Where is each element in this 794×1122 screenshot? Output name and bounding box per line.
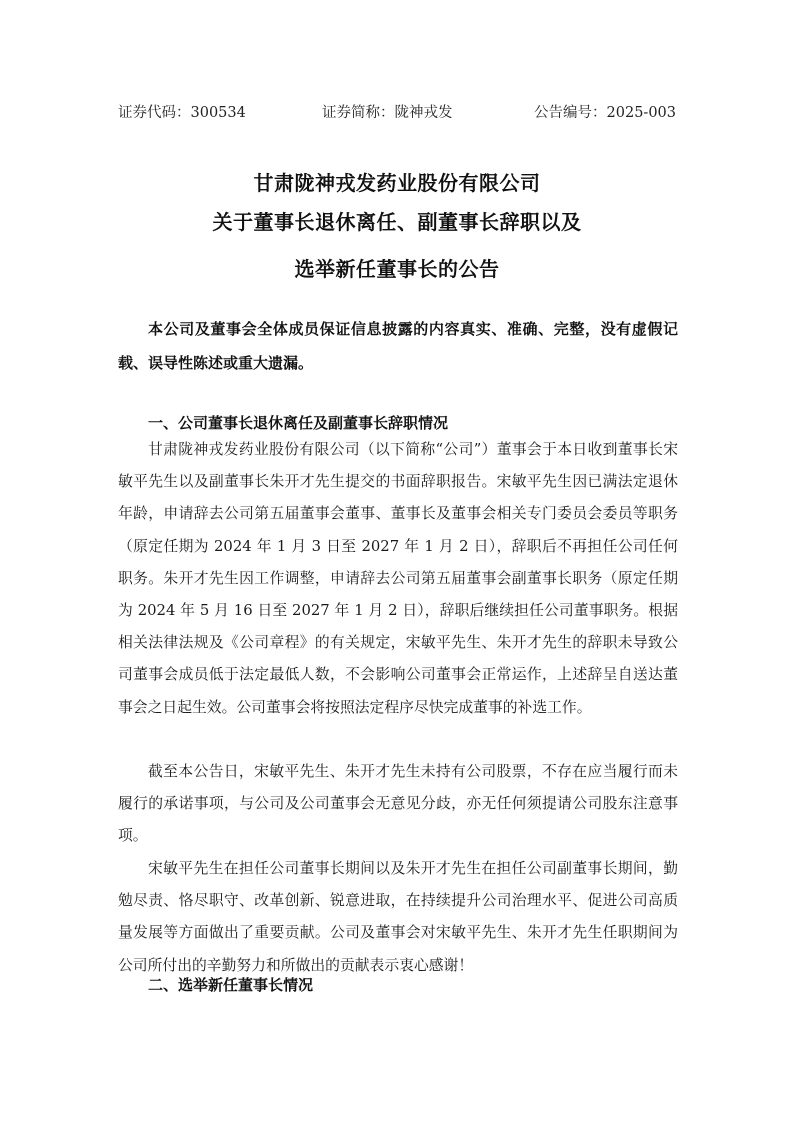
title-subject-cont: 选举新任董事长的公告	[0, 253, 794, 282]
paragraph-shareholding: 截至本公告日，宋敏平先生、朱开才先生未持有公司股票，不存在应当履行而未履行的承诺…	[118, 756, 678, 853]
section-heading-1: 一、公司董事长退休离任及副董事长辞职情况	[148, 412, 448, 433]
title-subject: 关于董事长退休离任、副董事长辞职以及	[0, 206, 794, 235]
section-heading-2: 二、选举新任董事长情况	[148, 974, 313, 995]
notice-number: 公告编号：2025-003	[534, 101, 676, 122]
paragraph-acknowledgement: 宋敏平先生在担任公司董事长期间以及朱开才先生在担任公司副董事长期间，勤勉尽责、恪…	[118, 853, 678, 982]
document-page: 证券代码：300534 证券简称：陇神戎发 公告编号：2025-003 甘肃陇神…	[0, 0, 794, 1122]
stock-abbreviation: 证券简称：陇神戎发	[322, 101, 453, 122]
stock-code: 证券代码：300534	[118, 101, 246, 122]
paragraph-resignation: 甘肃陇神戎发药业股份有限公司（以下简称“公司”）董事会于本日收到董事长宋敏平先生…	[118, 434, 678, 724]
title-company: 甘肃陇神戎发药业股份有限公司	[0, 167, 794, 196]
document-header: 证券代码：300534 证券简称：陇神戎发 公告编号：2025-003	[118, 101, 676, 123]
disclosure-statement: 本公司及董事会全体成员保证信息披露的内容真实、准确、完整，没有虚假记载、误导性陈…	[118, 312, 678, 380]
